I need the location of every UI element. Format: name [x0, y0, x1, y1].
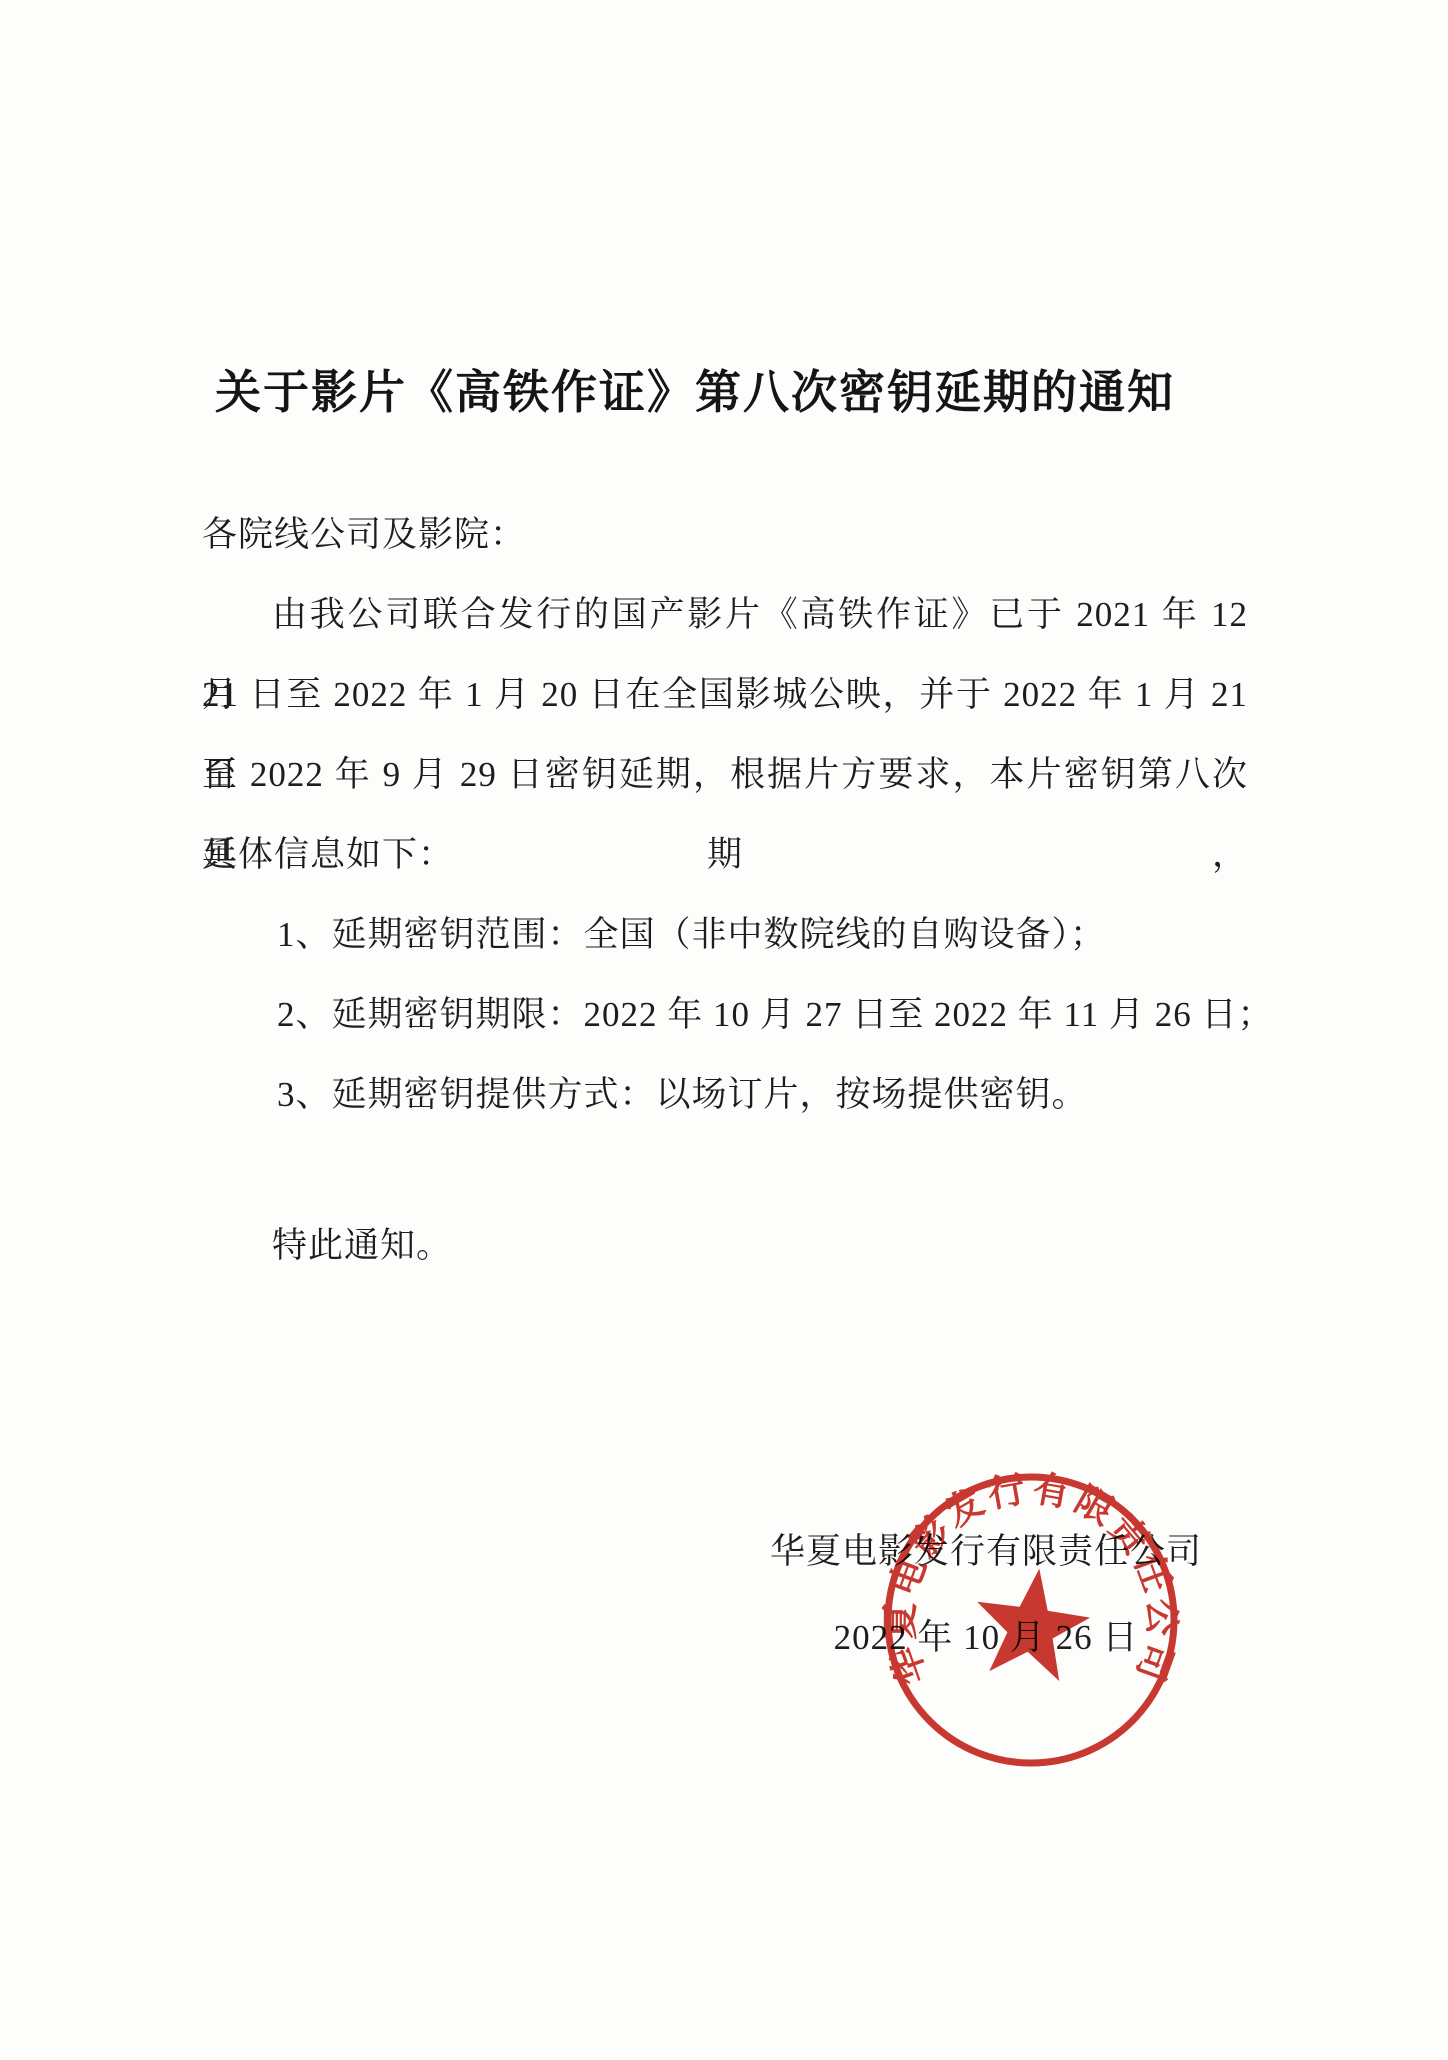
signature-block: 华夏电影发行有限责任公司 2022 年 10 月 26 日 [762, 1509, 1210, 1681]
paragraph-line: 由我公司联合发行的国产影片《高铁作证》已于 2021 年 12 月 [202, 575, 1248, 655]
notice-item: 1、延期密钥范围：全国（非中数院线的自购设备）； [202, 895, 1248, 975]
notice-body: 各院线公司及影院： 由我公司联合发行的国产影片《高铁作证》已于 2021 年 1… [202, 495, 1248, 1286]
notice-item: 3、延期密钥提供方式：以场订片，按场提供密钥。 [202, 1055, 1248, 1135]
notice-title: 关于影片《高铁作证》第八次密钥延期的通知 [0, 356, 1390, 422]
notice-document: 关于影片《高铁作证》第八次密钥延期的通知 各院线公司及影院： 由我公司联合发行的… [0, 0, 1448, 2060]
paragraph-line: 21 日至 2022 年 1 月 20 日在全国影城公映，并于 2022 年 1… [202, 655, 1248, 735]
notice-item: 2、延期密钥期限：2022 年 10 月 27 日至 2022 年 11 月 2… [202, 975, 1248, 1055]
salutation: 各院线公司及影院： [202, 495, 1248, 575]
closing-text: 特此通知。 [202, 1206, 1248, 1286]
company-name: 华夏电影发行有限责任公司 [762, 1509, 1210, 1595]
paragraph-line: 至 2022 年 9 月 29 日密钥延期，根据片方要求，本片密钥第八次延期， [202, 735, 1248, 815]
notice-date: 2022 年 10 月 26 日 [762, 1595, 1210, 1681]
